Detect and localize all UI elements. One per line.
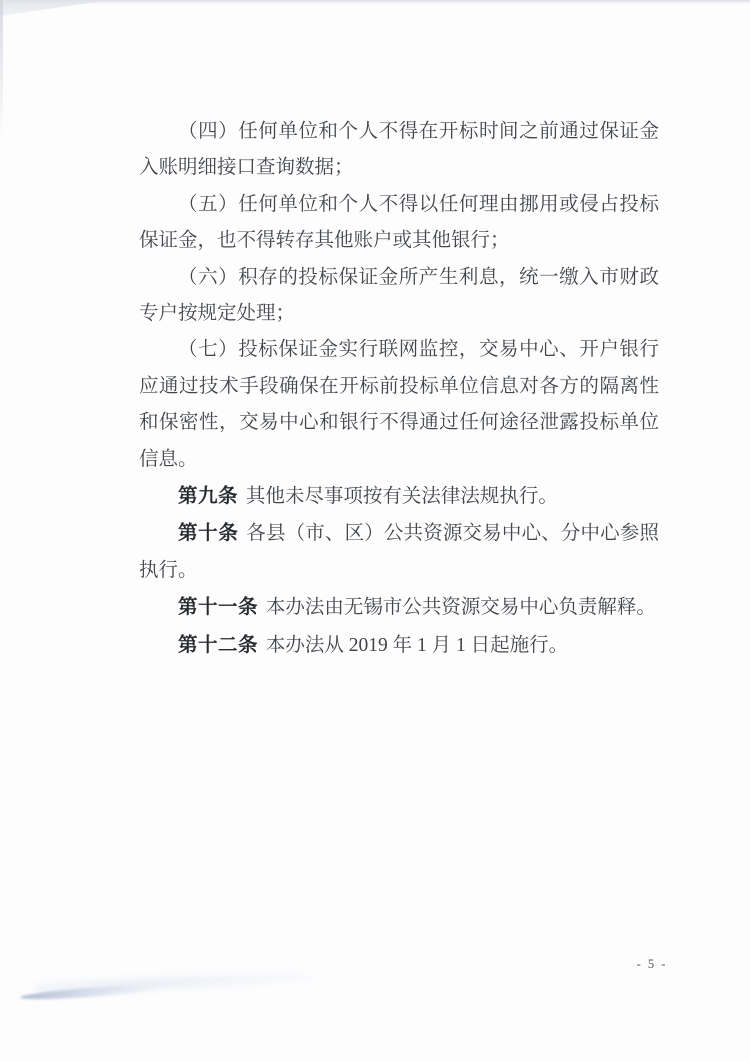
article-number-label: 第十条: [178, 522, 238, 544]
clause-text: （四）任何单位和个人不得在开标时间之前通过保证金入账明细接口查询数据；: [139, 121, 659, 178]
scan-left-edge-artifact: [0, 0, 3, 140]
scan-corner-artifact: [0, 0, 110, 16]
article-number-label: 第十二条: [178, 634, 258, 656]
clause-item-5: （五）任何单位和个人不得以任何理由挪用或侵占投标保证金，也不得转存其他账户或其他…: [139, 187, 659, 260]
article-text: 其他未尽事项按有关法律法规执行。: [246, 486, 558, 507]
clause-item-7: （七）投标保证金实行联网监控，交易中心、开户银行应通过技术手段确保在开标前投标单…: [139, 332, 659, 478]
article-9: 第九条其他未尽事项按有关法律法规执行。: [139, 478, 659, 515]
page-number: - 5 -: [626, 957, 678, 972]
article-number-label: 第十一条: [178, 596, 258, 618]
scan-top-edge-artifact: [0, 0, 750, 4]
clause-item-6: （六）积存的投标保证金所产生利息，统一缴入市财政专户按规定处理；: [139, 260, 659, 333]
scanned-document-page: （四）任何单位和个人不得在开标时间之前通过保证金入账明细接口查询数据； （五）任…: [0, 0, 750, 1061]
clause-text: （六）积存的投标保证金所产生利息，统一缴入市财政专户按规定处理；: [139, 267, 659, 324]
article-text: 本办法由无锡市公共资源交易中心负责解释。: [266, 597, 656, 618]
clause-item-4: （四）任何单位和个人不得在开标时间之前通过保证金入账明细接口查询数据；: [139, 114, 659, 187]
clause-text: （七）投标保证金实行联网监控，交易中心、开户银行应通过技术手段确保在开标前投标单…: [139, 339, 659, 469]
article-12: 第十二条本办法从 2019 年 1 月 1 日起施行。: [139, 627, 659, 664]
article-11: 第十一条本办法由无锡市公共资源交易中心负责解释。: [139, 589, 659, 626]
article-text: 本办法从 2019 年 1 月 1 日起施行。: [266, 635, 568, 656]
article-10: 第十条各县（市、区）公共资源交易中心、分中心参照执行。: [139, 515, 659, 589]
clause-text: （五）任何单位和个人不得以任何理由挪用或侵占投标保证金，也不得转存其他账户或其他…: [139, 194, 659, 251]
article-number-label: 第九条: [178, 485, 238, 507]
document-body: （四）任何单位和个人不得在开标时间之前通过保证金入账明细接口查询数据； （五）任…: [139, 114, 659, 664]
